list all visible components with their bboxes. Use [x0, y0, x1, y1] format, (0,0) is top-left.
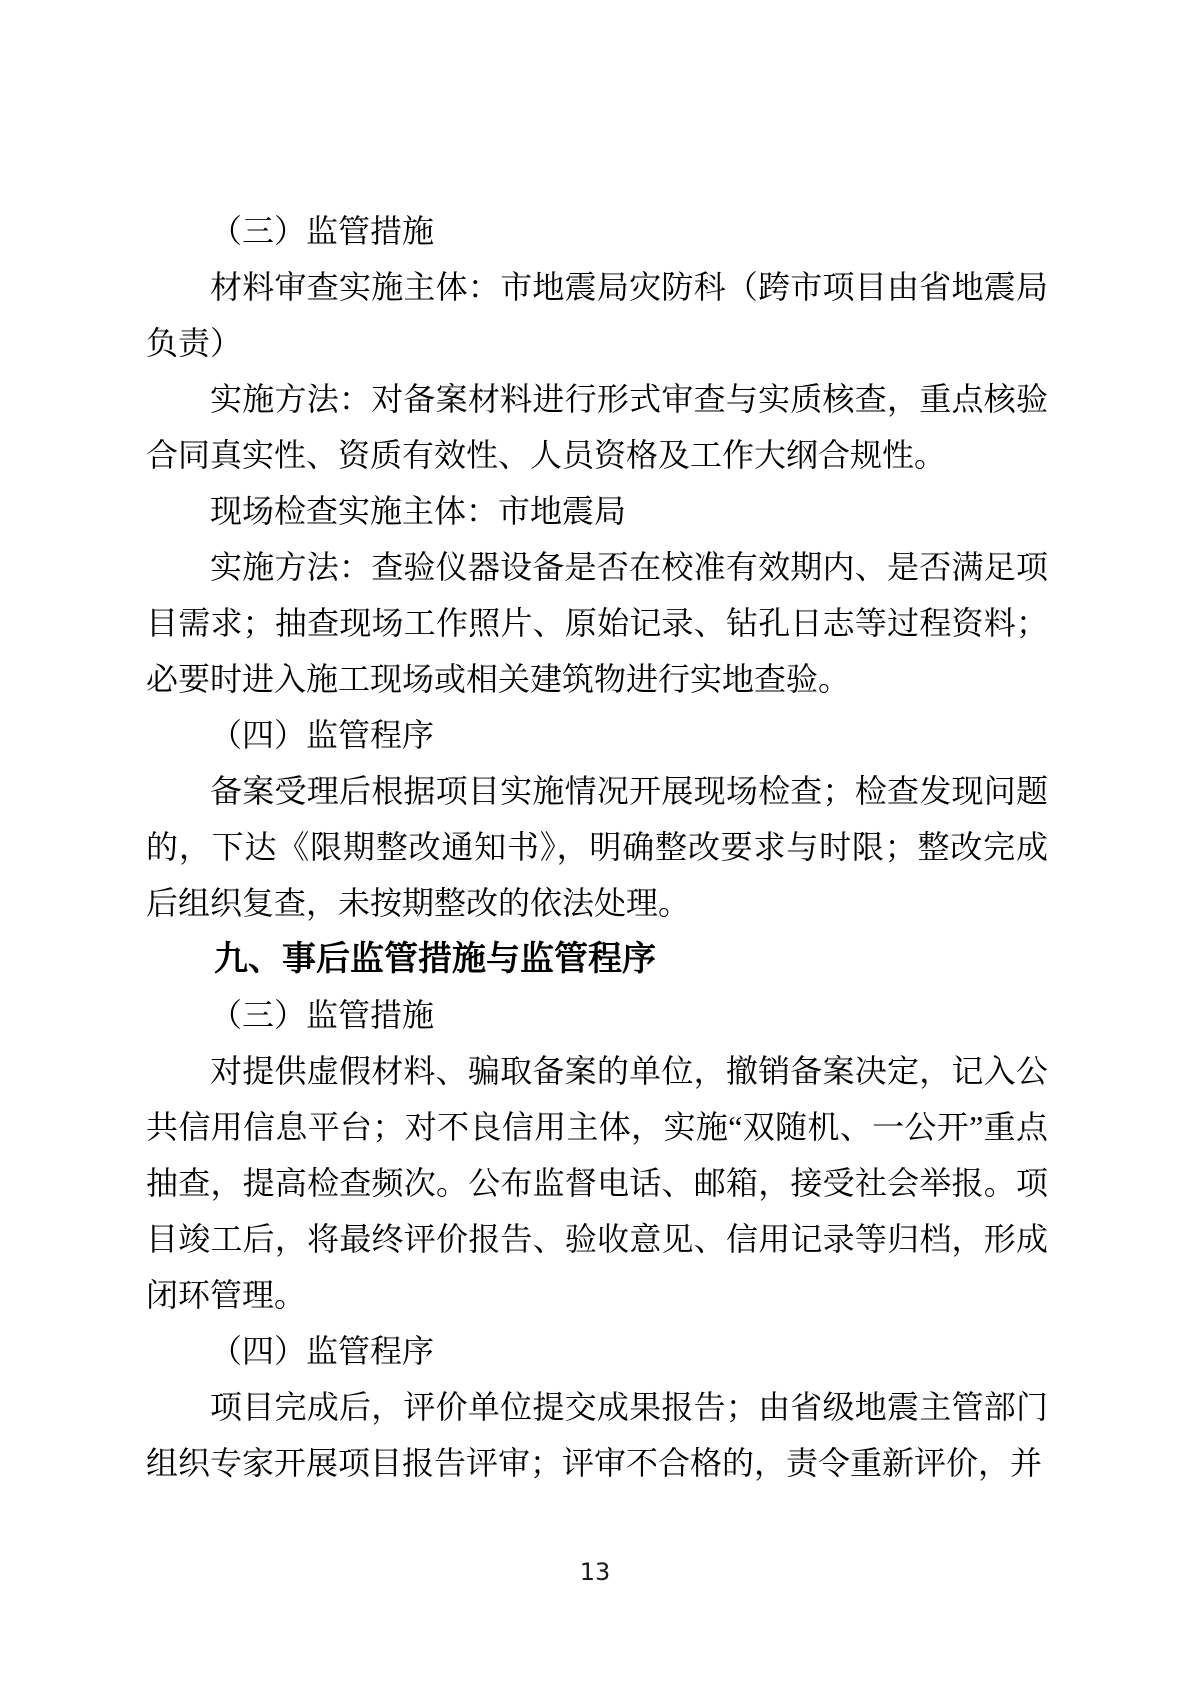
subheading-3-post-supervision-measures: （三）监管措施 — [146, 987, 1048, 1043]
para-supervision-procedure-detail: 备案受理后根据项目实施情况开展现场检查；检查发现问题的，下达《限期整改通知书》，… — [146, 763, 1048, 931]
document-body: （三）监管措施 材料审查实施主体：市地震局灾防科（跨市项目由省地震局负责） 实施… — [146, 203, 1048, 1491]
para-material-review-method: 实施方法：对备案材料进行形式审查与实质核查，重点核验合同真实性、资质有效性、人员… — [146, 371, 1048, 483]
para-material-review-subject: 材料审查实施主体：市地震局灾防科（跨市项目由省地震局负责） — [146, 259, 1048, 371]
page-number: 13 — [0, 1556, 1190, 1588]
para-onsite-inspection-method: 实施方法：查验仪器设备是否在校准有效期内、是否满足项目需求；抽查现场工作照片、原… — [146, 539, 1048, 707]
subheading-4-post-supervision-procedure: （四）监管程序 — [146, 1323, 1048, 1379]
section-heading-9-post-supervision: 九、事后监管措施与监管程序 — [146, 931, 1048, 987]
para-onsite-inspection-subject: 现场检查实施主体：市地震局 — [146, 483, 1048, 539]
subheading-3-supervision-measures: （三）监管措施 — [146, 203, 1048, 259]
subheading-4-supervision-procedure: （四）监管程序 — [146, 707, 1048, 763]
para-post-supervision-procedure-detail: 项目完成后，评价单位提交成果报告；由省级地震主管部门组织专家开展项目报告评审；评… — [146, 1379, 1048, 1491]
document-page: （三）监管措施 材料审查实施主体：市地震局灾防科（跨市项目由省地震局负责） 实施… — [0, 0, 1190, 1683]
para-post-supervision-measures-detail: 对提供虚假材料、骗取备案的单位，撤销备案决定，记入公共信用信息平台；对不良信用主… — [146, 1043, 1048, 1323]
